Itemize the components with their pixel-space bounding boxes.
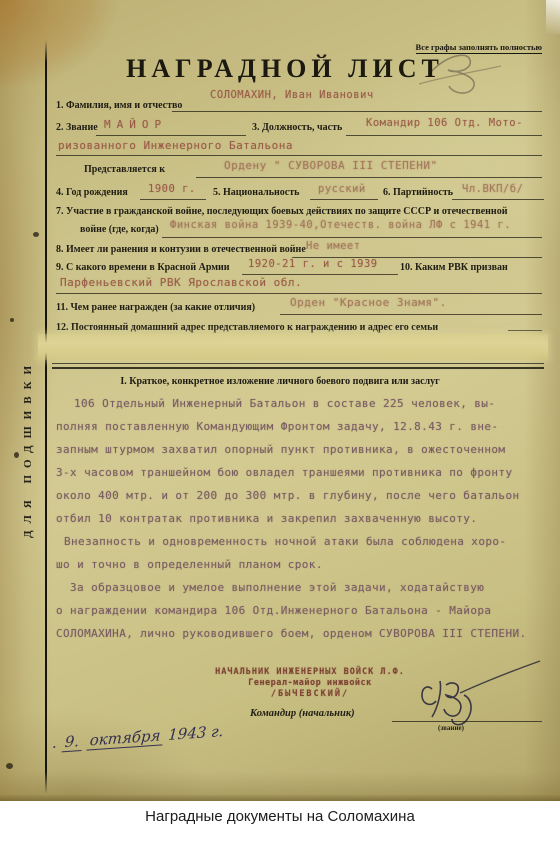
field-home-address-label: 12. Постоянный домашний адрес представля… [56, 322, 438, 333]
field-nationality-value: русский [318, 183, 366, 195]
field-rank-label: 2. Звание [56, 122, 98, 133]
citation-line: СОЛОМАХИНА, лично руководившего боем, ор… [56, 627, 548, 640]
paper-speck [33, 232, 39, 237]
citation-line: о награждении командира 106 Отд.Инженерн… [56, 604, 548, 617]
paper-speck [6, 763, 13, 769]
citation-line: За образцовое и умелое выполнение этой з… [56, 581, 560, 594]
field-service-since-label: 9. С какого времени в Красной Армии [56, 262, 230, 273]
field-position-value-line1: Командир 106 Отд. Мото- [366, 117, 523, 129]
citation-line: полняя поставленную Командующим Фронтом … [56, 420, 548, 433]
citation-line: Внезапность и одновременность ночной ата… [56, 535, 556, 548]
section-divider-line [52, 367, 544, 369]
form-line [242, 274, 398, 275]
paper-speck [14, 452, 19, 458]
form-line [96, 135, 246, 136]
presented-for-value: Ордену " СУВОРОВА III СТЕПЕНИ" [224, 159, 438, 172]
citation-line: 106 Отдельный Инженерный Батальон в сост… [56, 397, 560, 410]
citation-line: 3-х часовом траншейном бою овладел транш… [56, 466, 548, 479]
date-month: октября [86, 726, 164, 751]
field-rank-value: МАЙОР [104, 118, 167, 131]
citation-line: запным штурмом захватил опорный пункт пр… [56, 443, 548, 456]
field-service-since-value: 1920-21 г. и с 1939 [248, 258, 378, 270]
field-prior-awards-value: Орден "Красное Знамя". [290, 296, 447, 309]
document-title: НАГРАДНОЙ ЛИСТ [40, 54, 530, 84]
form-line [196, 177, 542, 178]
field-birthyear-value: 1900 г. [148, 183, 196, 195]
field-prior-awards-label: 11. Чем ранее награжден (за какие отличи… [56, 302, 255, 313]
citation-line: шо и точно в определенный планом срок. [56, 558, 548, 571]
form-line [280, 314, 542, 315]
field-name-value: СОЛОМАХИН, Иван Иванович [210, 89, 374, 101]
scan-edge-highlight [546, 0, 560, 34]
field-position-value-line2: ризованного Инженерного Батальона [58, 139, 293, 152]
date-day: 9. [61, 732, 83, 753]
field-rvk-value: Парфеньевский РВК Ярославской обл. [60, 276, 302, 289]
field-birthyear-label: 4. Год рождения [56, 187, 128, 198]
field-war-participation-label-1: 7. Участие в гражданской войне, последую… [56, 206, 507, 217]
filing-margin-text: ДЛЯ ПОДШИВКИ [22, 288, 34, 538]
rank-note: (звание) [438, 724, 464, 732]
form-line [310, 199, 378, 200]
citation-line: отбил 10 контратак противника и закрепил… [56, 512, 548, 525]
citation-line: около 400 мтр. и от 200 до 300 мтр. в гл… [56, 489, 548, 502]
field-party-label: 6. Партийность [383, 187, 453, 198]
form-line [452, 199, 544, 200]
form-line [346, 135, 542, 136]
field-wounds-value: Не имеет [306, 240, 361, 252]
field-position-label: 3. Должность, часть [252, 122, 342, 133]
image-caption: Наградные документы на Соломахина [0, 808, 560, 825]
field-war-participation-label-2: войне (где, когда) [80, 224, 159, 235]
paper-torn-bottom-edge [0, 795, 560, 801]
commander-label: Командир (начальник) [250, 708, 355, 719]
scanned-award-sheet: ДЛЯ ПОДШИВКИ Все графы заполнять полност… [0, 0, 560, 801]
handwritten-date: . 9. октября 1943 г. [52, 718, 283, 752]
redacted-address-band [38, 334, 548, 360]
field-wounds-label: 8. Имеет ли ранения и контузии в отечест… [56, 244, 306, 255]
section-divider-line [52, 363, 544, 364]
field-war-participation-value: Финская война 1939-40,Отечеств. война ЛФ… [170, 219, 511, 231]
form-line [172, 111, 542, 112]
form-line [162, 237, 542, 238]
field-rvk-label: 10. Каким РВК призван [400, 262, 508, 273]
filing-margin-line [45, 40, 47, 794]
signature-line [392, 721, 542, 722]
section1-heading: I. Краткое, конкретное изложение личного… [60, 376, 500, 387]
field-name-label: 1. Фамилия, имя и отчество [56, 100, 182, 111]
form-line [56, 155, 542, 156]
field-nationality-label: 5. Национальность [213, 187, 299, 198]
form-line [508, 330, 542, 331]
form-line [140, 199, 206, 200]
presented-for-label: Представляется к [84, 164, 165, 175]
form-line [56, 293, 542, 294]
date-year: 1943 г. [168, 722, 224, 744]
field-party-value: Чл.ВКП/б/ [462, 183, 523, 195]
paper-speck [10, 318, 14, 322]
